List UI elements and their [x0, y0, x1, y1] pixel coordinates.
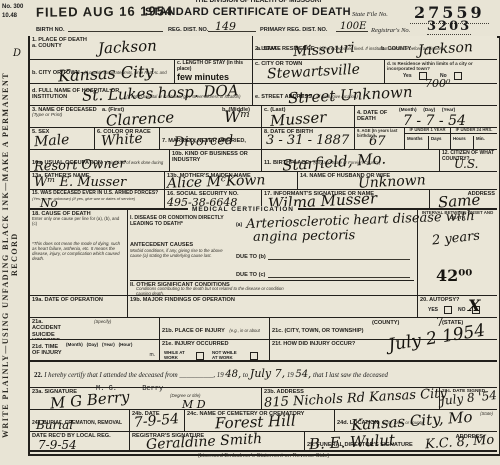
primary-reg-line: [336, 24, 368, 32]
form-number: No. 300: [2, 4, 23, 10]
cause-note-1: Enter only one cause per line for (a), (…: [32, 217, 125, 227]
fee-notation: 42⁰⁰: [436, 268, 472, 284]
while-at-work-checkbox: [196, 352, 204, 360]
residence-limits-label: d. Is Residence within limits of a city …: [387, 61, 495, 71]
cemetery-value: Forest Hill: [215, 414, 296, 432]
funeral-director-value: B. E. Wulut: [309, 433, 396, 452]
autopsy-yes-label: YES: [428, 307, 438, 313]
time-of-injury-label: 21d. TIME OF INJURY: [32, 344, 62, 357]
death-certificate-scan: No. 300 10.48 WRITE PLAINLY—USING UNFADI…: [0, 0, 500, 465]
time-of-injury-m: m.: [149, 352, 155, 358]
injury-county-label: (COUNTY): [372, 320, 399, 326]
burial-type-value: Burial: [36, 419, 73, 431]
certify-attended-to: July 7,: [250, 367, 285, 380]
residence-state-label: a. STATE: [257, 46, 281, 52]
residence-street-extra: 700⁰: [425, 78, 450, 89]
due-to-c-line: [268, 270, 410, 278]
autopsy-label: 20. AUTOPSY?: [420, 297, 495, 303]
division-title: THE DIVISION OF HEALTH OF MISSOURI: [138, 0, 378, 4]
days-label: Days: [431, 136, 442, 141]
primary-reg-label: PRIMARY REG. DIST. NO.: [260, 27, 327, 33]
accident-note: (Specify): [94, 320, 111, 325]
reg-dist-label: REG. DIST. NO.: [168, 27, 208, 33]
date-received-value: 7-9-54: [38, 439, 77, 451]
funeral-director-address-value: K.C. 8, Mo: [425, 434, 495, 452]
signature-script: M G Berry: [49, 390, 130, 412]
time-of-injury-columns: (Month) (Day) (Year) (Hour): [66, 342, 132, 347]
burial-location-value: Kansas City, Mo: [351, 410, 473, 433]
antecedent-note: Morbid conditions, if any, giving rise t…: [130, 249, 230, 258]
registrar-number: 3203: [427, 19, 471, 35]
overlay-date-superscript: 7: [436, 316, 444, 328]
medical-certification-title: MEDICAL CERTIFICATION: [188, 206, 298, 213]
place-city-value: Kansas City: [58, 64, 154, 85]
filed-stamp: FILED AUG 16 1954: [36, 3, 173, 19]
marital-value: Divorced: [174, 134, 234, 149]
certify-number: 22.: [34, 372, 43, 379]
mother-value: Alice MᶜKown: [167, 173, 266, 190]
birth-no-blank: [68, 24, 163, 32]
burial-location-state-note: (State): [480, 412, 493, 417]
under-1-year-label: IF UNDER 1 YEAR: [405, 128, 450, 134]
name-note: (Type or Print): [32, 113, 98, 118]
injury-occurred-label: 21e. INJURY OCCURRED: [162, 341, 267, 347]
burial-date-value: 7-9-54: [133, 412, 179, 430]
autopsy-no-label: NO: [458, 307, 466, 313]
certify-19-1: , 19: [213, 372, 223, 379]
armed-forces-value: No: [40, 197, 58, 209]
cause-note-2: *This does not mean the mode of dying, s…: [32, 242, 124, 261]
name-first-value: Clarence: [106, 110, 175, 129]
date-of-death-value: 7 - 7 - 54: [403, 114, 466, 128]
place-stay-value: few minutes: [177, 73, 229, 82]
reverse-side-note: (Licensed Embalmer's Statement on Revers…: [30, 453, 497, 459]
due-to-b-line: [268, 252, 410, 260]
injury-city-label: 21c. (CITY, TOWN, OR TOWNSHIP): [272, 328, 363, 334]
certify-year-1: 48,: [225, 369, 241, 380]
dob-value: 3 - 31 - 1887: [266, 134, 349, 147]
informant-address-value: Same: [438, 193, 481, 211]
name-middle-value: Wᵐ: [224, 109, 250, 125]
under-24-hrs-label: IF UNDER 24 HRS.: [451, 128, 497, 134]
industry-label: 10b. KIND OF BUSINESS OR INDUSTRY: [172, 151, 259, 164]
degree-value: M D: [182, 399, 206, 410]
residence-city-value: Stewartsville: [267, 63, 361, 82]
not-while-at-work-label: NOT WHILE AT WORK: [212, 351, 242, 361]
disease-sub-label: (a): [236, 222, 242, 228]
residence-county-value: Jackson: [418, 40, 474, 58]
certify-text-1: I hereby certify that I attended the dec…: [44, 372, 178, 379]
name-last-value: Musser: [270, 110, 327, 129]
operation-date-label: 19a. DATE OF OPERATION: [32, 297, 125, 303]
min-label: Min.: [476, 136, 485, 141]
margin-vertical-instruction: WRITE PLAINLY—USING UNFADING BLACK INK—M…: [1, 52, 19, 457]
autopsy-no-mark: X: [468, 298, 480, 314]
certify-19-2: 19: [287, 372, 294, 379]
margin-handwritten-mark: D: [13, 49, 21, 59]
place-county-value: Jackson: [98, 38, 158, 56]
certify-text-2: that I last saw the deceased: [313, 372, 388, 379]
residence-limits-yes-label: Yes: [403, 73, 412, 79]
autopsy-yes-checkbox: [444, 306, 452, 314]
place-hospital-value: St. Lukes hosp. DOA: [82, 83, 239, 103]
operation-findings-label: 19b. MAJOR FINDINGS OF OPERATION: [130, 297, 415, 303]
birthplace-value: Starfield, Mo.: [282, 151, 387, 173]
due-to-b-label: DUE TO (b): [236, 254, 266, 260]
cause-line-a-2: angina pectoris: [253, 229, 355, 244]
residence-limits-no-checkbox: [454, 72, 462, 80]
certify-blank-1: __________: [179, 372, 213, 379]
residence-street-value: Street Unknown: [288, 85, 413, 107]
birth-no-label: BIRTH NO.: [36, 27, 65, 33]
certify-to: to: [243, 372, 248, 379]
spouse-value: Unknown: [358, 173, 426, 191]
father-value: Wᵐ E. Musser: [34, 176, 126, 189]
age-value: 67: [369, 135, 386, 148]
state-file-label: State File No.: [352, 11, 388, 18]
due-to-c-label: DUE TO (c): [236, 272, 265, 278]
certify-year-2: 54,: [295, 369, 311, 380]
hours-label: Hours: [453, 136, 474, 150]
reg-dist-line: [208, 24, 256, 32]
disease-label: I. DISEASE OR CONDITION DIRECTLY LEADING…: [130, 216, 235, 228]
interval-value: 2 years: [431, 230, 480, 248]
race-value: White: [101, 132, 144, 149]
form-revision: 10.48: [2, 13, 17, 19]
citizen-value: U.S.: [454, 158, 478, 170]
residence-county-label: b. COUNTY: [381, 46, 411, 52]
months-label: Months: [407, 136, 429, 150]
place-stay-label: c. LENGTH OF STAY (in this place): [177, 61, 250, 73]
place-of-injury-label: 21b. PLACE OF INJURY: [162, 328, 225, 334]
residence-state-value: Missouri: [293, 41, 356, 59]
not-while-at-work-checkbox: [250, 352, 258, 360]
interval-label: INTERVAL BETWEEN ONSET AND DEATH: [420, 211, 495, 221]
registrar-no-label: Registrar's No.: [371, 27, 410, 34]
date-of-death-label: 4. DATE OF DEATH: [357, 110, 391, 123]
sex-value: Male: [34, 133, 70, 149]
while-at-work-label: WHILE AT WORK: [164, 351, 190, 361]
